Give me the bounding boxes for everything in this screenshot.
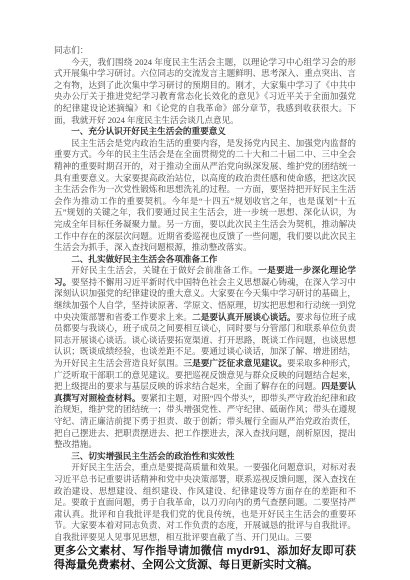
bold-run: 三、切实增强民主生活会的政治性和实效性: [71, 451, 234, 461]
text-run: 今天，我们围绕 2024 年度民主生活会主题，以理论学习中心组学习会的形式开展集…: [54, 57, 356, 125]
bold-run: 一、充分认识开好民主生活会的重要意义: [71, 126, 226, 136]
bold-run: 三是要广泛征求意见建议。: [183, 358, 287, 368]
section-heading: 三、切实增强民主生活会的政治性和实效性: [54, 451, 356, 463]
section-heading: 二、扎实做好民主生活会各项准备工作: [54, 254, 356, 266]
section-heading: 一、充分认识开好民主生活会的重要意义: [54, 126, 356, 138]
text-run: 同志们：: [54, 45, 88, 55]
document-body: 同志们：今天，我们围绕 2024 年度民主生活会主题，以理论学习中心组学习会的形…: [54, 45, 356, 573]
footer-ad: 更多公文素材、写作指导请加微信 mydr91、添加好友即可获得海量免费素材、全网…: [54, 544, 356, 574]
bold-run: 二、扎实做好民主生活会各项准备工作: [71, 254, 217, 264]
paragraph: 民主生活会是党内政治生活的重要内容，是发扬党内民主、加强党内监督的重要方式。今年…: [54, 138, 356, 254]
paragraph: 开好民主生活会，关键在于做好会前准备工作。一是要进一步深化理论学习。要坚持不懈用…: [54, 265, 356, 451]
salutation: 同志们：: [54, 45, 356, 57]
text-run: 民主生活会是党内政治生活的重要内容，是发扬党内民主、加强党内监督的重要方式。今年…: [54, 138, 356, 252]
document-page: 同志们：今天，我们围绕 2024 年度民主生活会主题，以理论学习中心组学习会的形…: [0, 0, 410, 580]
paragraph: 开好民主生活会，重点是要提高质量和效果。一要强化问题意识，对标对表习近平总书记重…: [54, 462, 356, 543]
paragraph: 今天，我们围绕 2024 年度民主生活会主题，以理论学习中心组学习会的形式开展集…: [54, 57, 356, 127]
bold-run: 二是要认真开展谈心谈话。: [192, 312, 296, 322]
text-run: 开好民主生活会，重点是要提高质量和效果。一要强化问题意识，对标对表习近平总书记重…: [54, 462, 356, 542]
text-run: 开好民主生活会，关键在于做好会前准备工作。: [71, 265, 258, 275]
